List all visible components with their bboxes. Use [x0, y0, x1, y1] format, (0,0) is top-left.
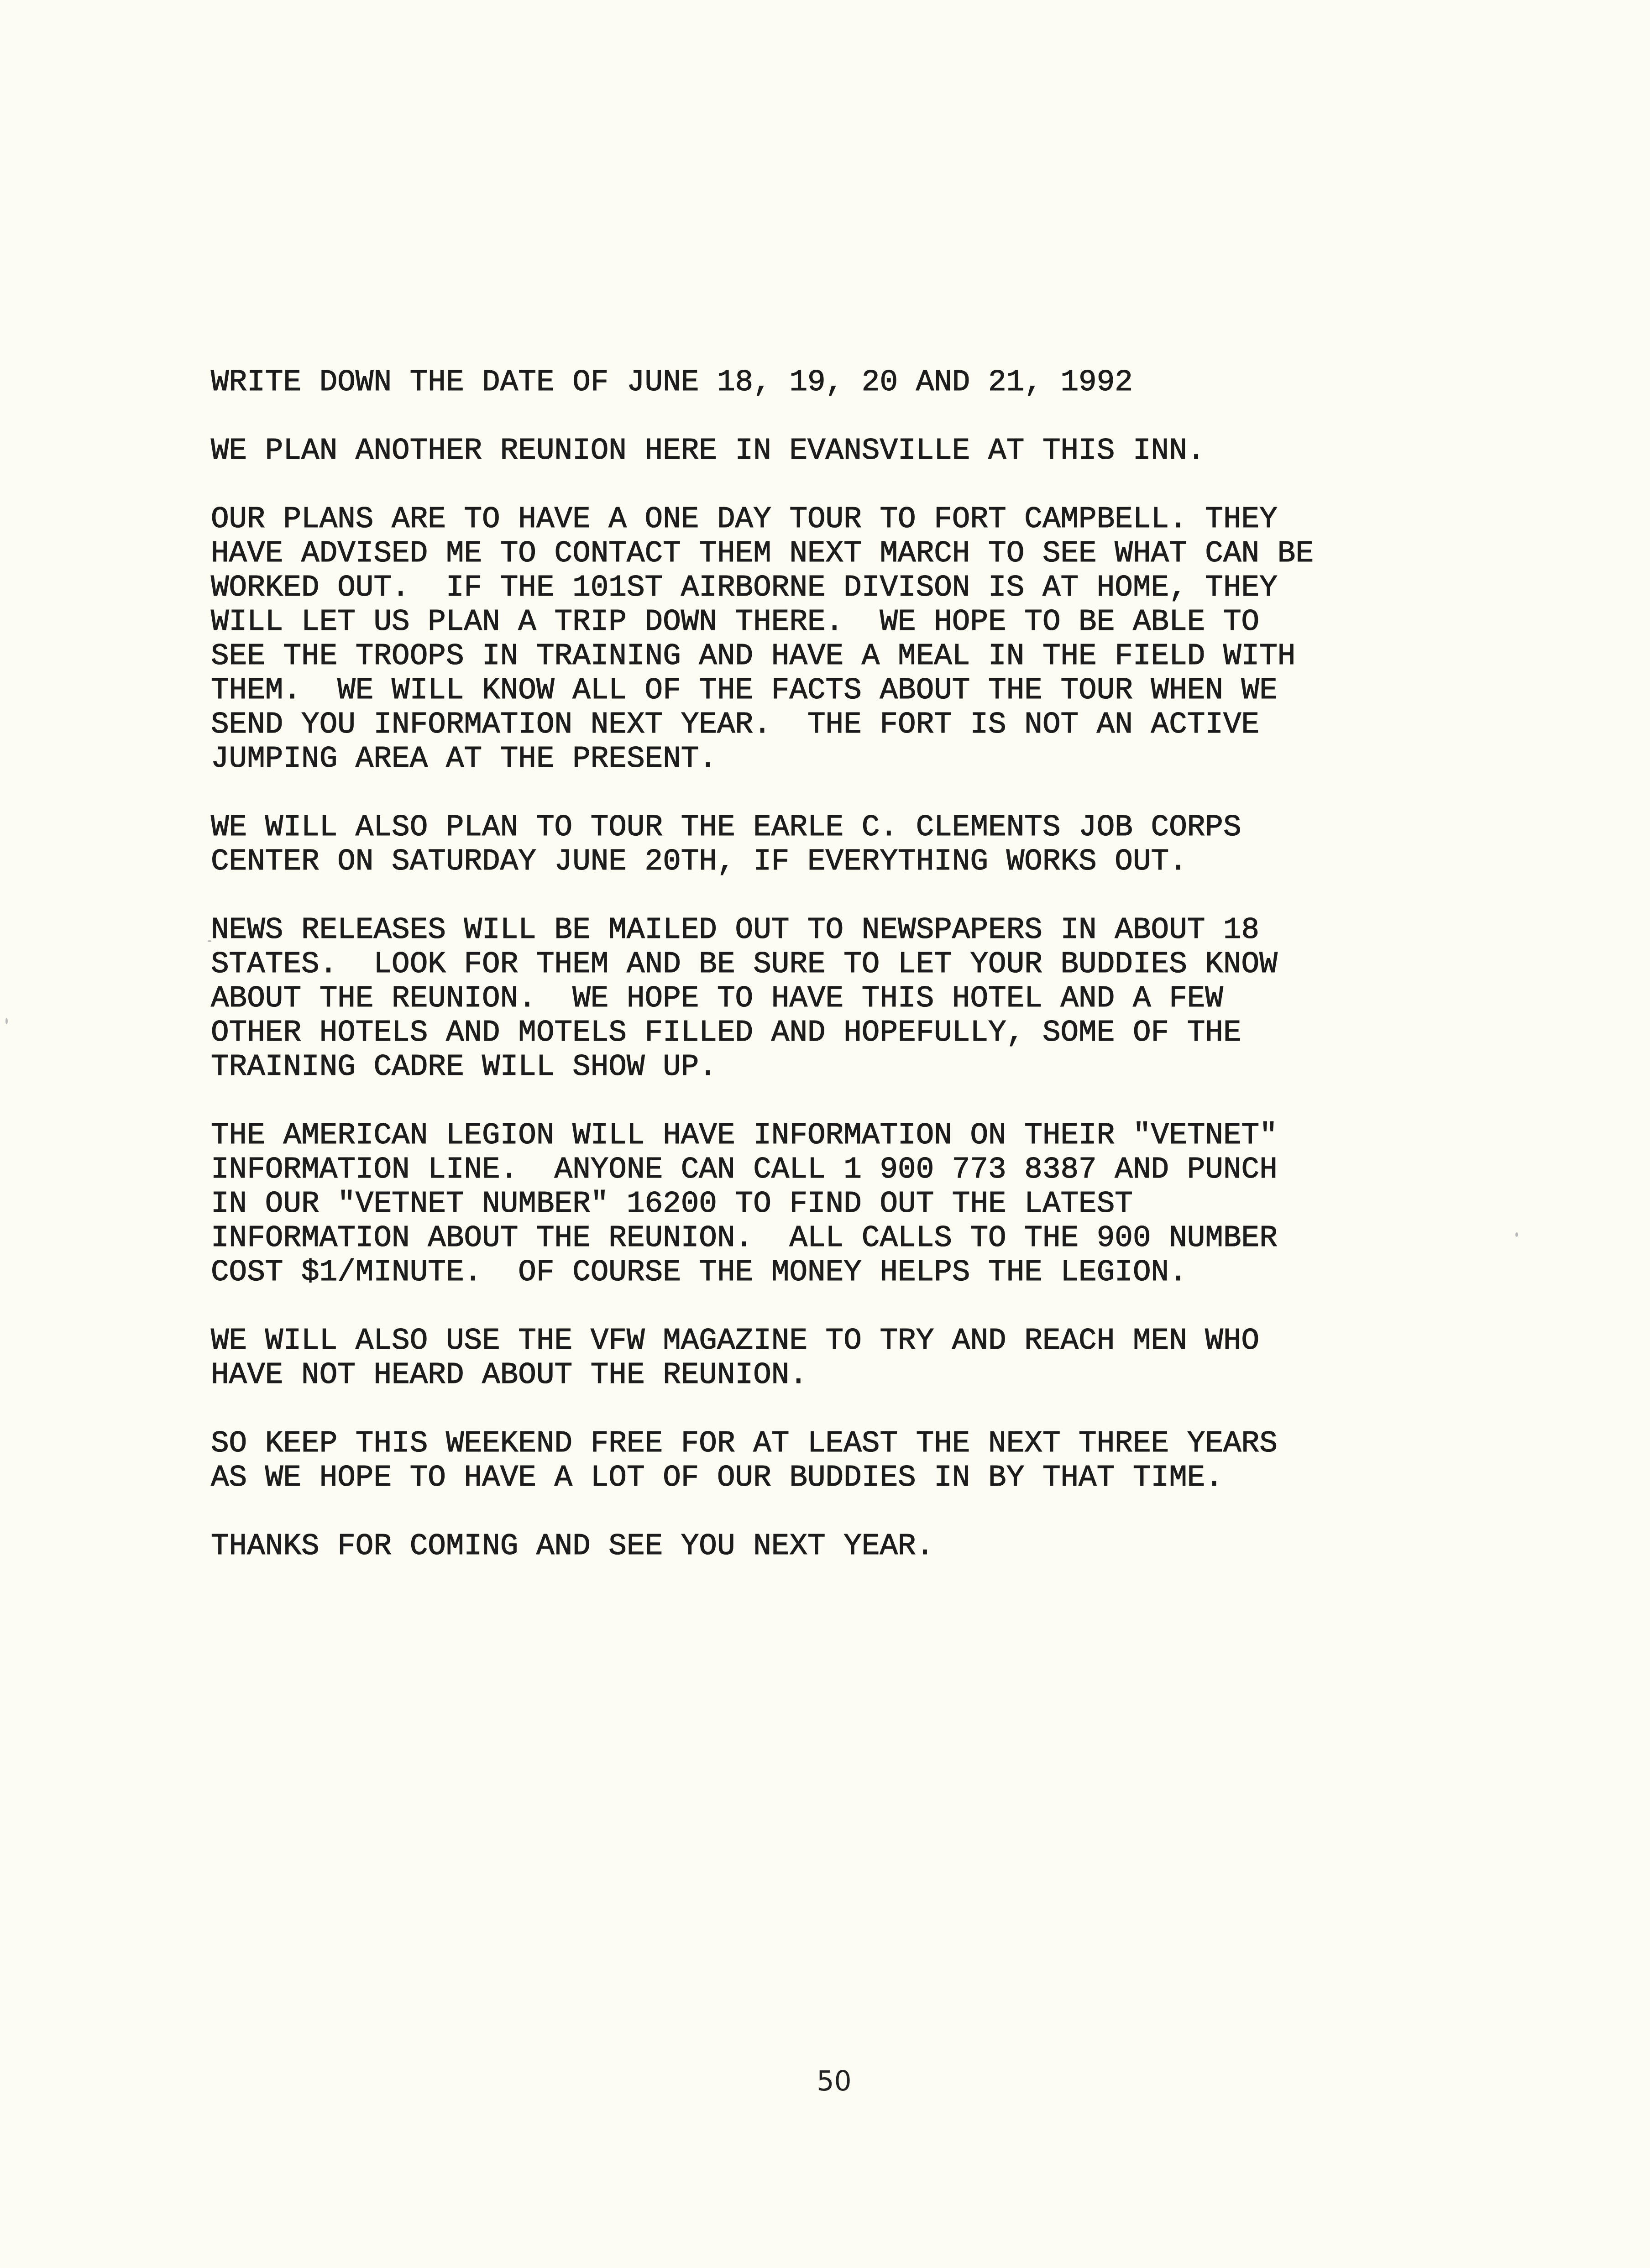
text-line: OTHER HOTELS AND MOTELS FILLED AND HOPEF… [211, 1016, 1626, 1050]
document-body: WRITE DOWN THE DATE OF JUNE 18, 19, 20 A… [211, 365, 1626, 1598]
paragraph: THE AMERICAN LEGION WILL HAVE INFORMATIO… [211, 1118, 1626, 1289]
text-line: THEM. WE WILL KNOW ALL OF THE FACTS ABOU… [211, 673, 1626, 707]
text-line: WE WILL ALSO USE THE VFW MAGAZINE TO TRY… [211, 1324, 1626, 1358]
text-line: OUR PLANS ARE TO HAVE A ONE DAY TOUR TO … [211, 502, 1626, 536]
text-line: WE PLAN ANOTHER REUNION HERE IN EVANSVIL… [211, 434, 1626, 468]
text-line: STATES. LOOK FOR THEM AND BE SURE TO LET… [211, 947, 1626, 981]
text-line: CENTER ON SATURDAY JUNE 20TH, IF EVERYTH… [211, 844, 1626, 879]
text-line: HAVE NOT HEARD ABOUT THE REUNION. [211, 1358, 1626, 1392]
text-line: JUMPING AREA AT THE PRESENT. [211, 742, 1626, 776]
text-line: INFORMATION LINE. ANYONE CAN CALL 1 900 … [211, 1152, 1626, 1187]
text-line: COST $1/MINUTE. OF COURSE THE MONEY HELP… [211, 1255, 1626, 1289]
scan-speck [208, 940, 211, 942]
text-line: WILL LET US PLAN A TRIP DOWN THERE. WE H… [211, 605, 1626, 639]
text-line: THE AMERICAN LEGION WILL HAVE INFORMATIO… [211, 1118, 1626, 1152]
document-page: WRITE DOWN THE DATE OF JUNE 18, 19, 20 A… [0, 0, 1650, 2268]
text-line: INFORMATION ABOUT THE REUNION. ALL CALLS… [211, 1221, 1626, 1255]
text-line: AS WE HOPE TO HAVE A LOT OF OUR BUDDIES … [211, 1461, 1626, 1495]
text-line: THANKS FOR COMING AND SEE YOU NEXT YEAR. [211, 1529, 1626, 1563]
paragraph: WE PLAN ANOTHER REUNION HERE IN EVANSVIL… [211, 434, 1626, 468]
text-line: SEE THE TROOPS IN TRAINING AND HAVE A ME… [211, 639, 1626, 673]
text-line: TRAINING CADRE WILL SHOW UP. [211, 1050, 1626, 1084]
paragraph: THANKS FOR COMING AND SEE YOU NEXT YEAR. [211, 1529, 1626, 1563]
paragraph: WE WILL ALSO PLAN TO TOUR THE EARLE C. C… [211, 810, 1626, 879]
text-line: SO KEEP THIS WEEKEND FREE FOR AT LEAST T… [211, 1426, 1626, 1461]
text-line: SEND YOU INFORMATION NEXT YEAR. THE FORT… [211, 707, 1626, 742]
text-line: HAVE ADVISED ME TO CONTACT THEM NEXT MAR… [211, 536, 1626, 571]
paragraph: WE WILL ALSO USE THE VFW MAGAZINE TO TRY… [211, 1324, 1626, 1392]
paragraph: SO KEEP THIS WEEKEND FREE FOR AT LEAST T… [211, 1426, 1626, 1495]
text-line: IN OUR "VETNET NUMBER" 16200 TO FIND OUT… [211, 1187, 1626, 1221]
scan-speck [5, 1018, 8, 1024]
text-line: NEWS RELEASES WILL BE MAILED OUT TO NEWS… [211, 913, 1626, 947]
paragraph: WRITE DOWN THE DATE OF JUNE 18, 19, 20 A… [211, 365, 1626, 399]
text-line: WRITE DOWN THE DATE OF JUNE 18, 19, 20 A… [211, 365, 1626, 399]
paragraph: OUR PLANS ARE TO HAVE A ONE DAY TOUR TO … [211, 502, 1626, 776]
text-line: WE WILL ALSO PLAN TO TOUR THE EARLE C. C… [211, 810, 1626, 844]
page-number: 50 [0, 2065, 1650, 2097]
paragraph: NEWS RELEASES WILL BE MAILED OUT TO NEWS… [211, 913, 1626, 1084]
text-line: ABOUT THE REUNION. WE HOPE TO HAVE THIS … [211, 981, 1626, 1016]
text-line: WORKED OUT. IF THE 101ST AIRBORNE DIVISO… [211, 571, 1626, 605]
scan-speck [1515, 1232, 1518, 1237]
